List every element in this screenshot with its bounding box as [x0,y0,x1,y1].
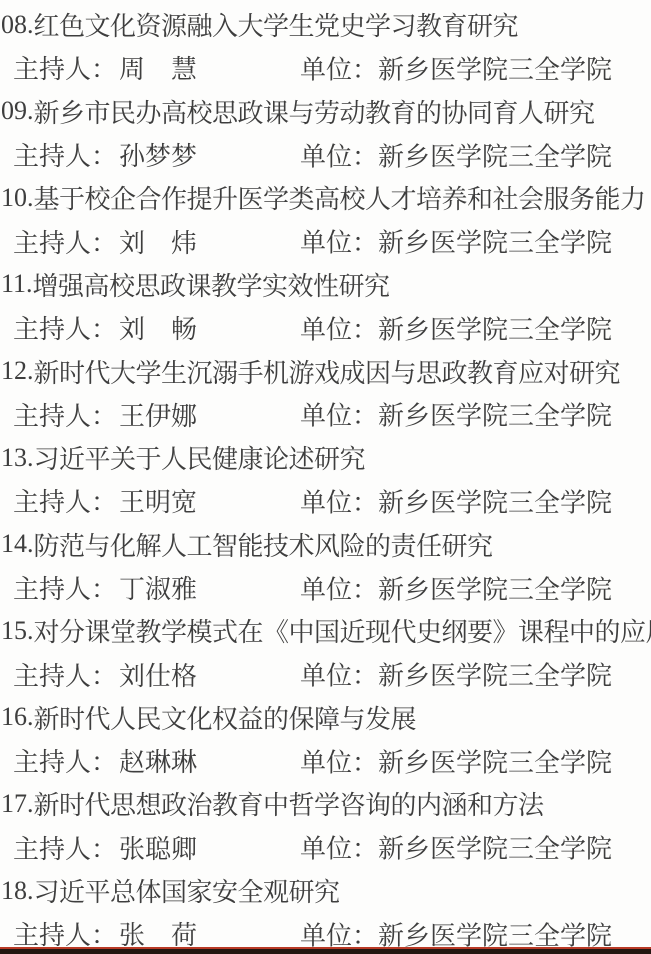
project-meta-line: 主持人：赵琳琳单位：新乡医学院三全学院 [0,739,651,782]
project-item: 08.红色文化资源融入大学生党史学习教育研究 主持人：周 慧单位：新乡医学院三全… [0,3,651,90]
project-meta-line: 主持人：刘 炜单位：新乡医学院三全学院 [0,219,651,262]
project-title-line: 12.新时代大学生沉溺手机游戏成因与思政教育应对研究 [0,349,651,392]
project-title-line: 14.防范与化解人工智能技术风险的责任研究 [0,523,651,566]
unit-name: 新乡医学院三全学院 [378,402,612,431]
project-meta-line: 主持人：孙梦梦单位：新乡医学院三全学院 [0,133,651,176]
project-number: 15. [1,616,34,646]
document-page: 08.红色文化资源融入大学生党史学习教育研究 主持人：周 慧单位：新乡医学院三全… [0,0,651,954]
unit-name: 新乡医学院三全学院 [378,662,612,691]
unit-name: 新乡医学院三全学院 [378,229,612,258]
project-item: 16.新时代人民文化权益的保障与发展 主持人：赵琳琳单位：新乡医学院三全学院 [0,696,651,783]
unit-label: 单位： [300,315,378,344]
project-title-line: 15.对分课堂教学模式在《中国近现代史纲要》课程中的应用 [0,609,651,652]
unit-group: 单位：新乡医学院三全学院 [300,829,612,866]
unit-label: 单位： [300,575,378,604]
unit-label: 单位： [300,835,378,864]
unit-label: 单位： [300,748,378,777]
project-title-line: 09.新乡市民办高校思政课与劳动教育的协同育人研究 [0,90,651,133]
bottom-edge-bar [0,949,651,954]
project-title: 新时代思想政治教育中哲学咨询的内涵和方法 [34,785,544,822]
unit-name: 新乡医学院三全学院 [378,55,612,84]
project-item: 14.防范与化解人工智能技术风险的责任研究 主持人：丁淑雅单位：新乡医学院三全学… [0,523,651,610]
host-name: 周 慧 [119,49,197,86]
project-meta-line: 主持人：丁淑雅单位：新乡医学院三全学院 [0,566,651,609]
project-meta-line: 主持人：王明宽单位：新乡医学院三全学院 [0,479,651,522]
project-number: 11. [1,269,33,299]
project-item: 15.对分课堂教学模式在《中国近现代史纲要》课程中的应用 主持人：刘仕格单位：新… [0,609,651,696]
project-title-line: 18.习近平总体国家安全观研究 [0,869,651,912]
unit-name: 新乡医学院三全学院 [378,488,612,517]
project-item: 12.新时代大学生沉溺手机游戏成因与思政教育应对研究 主持人：王伊娜单位：新乡医… [0,349,651,436]
project-meta-line: 主持人：刘 畅单位：新乡医学院三全学院 [0,306,651,349]
project-meta-line: 主持人：张聪卿单位：新乡医学院三全学院 [0,826,651,869]
project-title: 对分课堂教学模式在《中国近现代史纲要》课程中的应用 [34,612,651,649]
project-item: 11.增强高校思政课教学实效性研究 主持人：刘 畅单位：新乡医学院三全学院 [0,263,651,350]
project-meta-line: 主持人：周 慧单位：新乡医学院三全学院 [0,46,651,89]
host-label: 主持人： [13,742,117,779]
project-item: 09.新乡市民办高校思政课与劳动教育的协同育人研究 主持人：孙梦梦单位：新乡医学… [0,90,651,177]
unit-label: 单位： [300,142,378,171]
unit-label: 单位： [300,488,378,517]
host-label: 主持人： [13,136,117,173]
unit-group: 单位：新乡医学院三全学院 [300,136,612,173]
unit-group: 单位：新乡医学院三全学院 [300,569,612,606]
project-number: 16. [1,702,34,732]
project-number: 09. [1,96,34,126]
host-name: 刘 畅 [119,309,197,346]
unit-group: 单位：新乡医学院三全学院 [300,223,612,260]
project-title: 习近平总体国家安全观研究 [34,872,340,909]
project-number: 13. [1,443,34,473]
project-meta-line: 主持人：刘仕格单位：新乡医学院三全学院 [0,652,651,695]
host-label: 主持人： [13,309,117,346]
project-item: 10.基于校企合作提升医学类高校人才培养和社会服务能力 主持人：刘 炜单位：新乡… [0,176,651,263]
unit-name: 新乡医学院三全学院 [378,835,612,864]
project-list: 08.红色文化资源融入大学生党史学习教育研究 主持人：周 慧单位：新乡医学院三全… [0,0,651,954]
host-name: 刘仕格 [119,656,197,693]
project-title-line: 17.新时代思想政治教育中哲学咨询的内涵和方法 [0,782,651,825]
host-label: 主持人： [13,223,117,260]
project-title: 防范与化解人工智能技术风险的责任研究 [34,526,493,563]
project-title-line: 13.习近平关于人民健康论述研究 [0,436,651,479]
unit-group: 单位：新乡医学院三全学院 [300,396,612,433]
project-title-line: 16.新时代人民文化权益的保障与发展 [0,696,651,739]
host-name: 刘 炜 [119,223,197,260]
project-title: 基于校企合作提升医学类高校人才培养和社会服务能力 [34,179,646,216]
project-title-line: 08.红色文化资源融入大学生党史学习教育研究 [0,3,651,46]
project-item: 17.新时代思想政治教育中哲学咨询的内涵和方法 主持人：张聪卿单位：新乡医学院三… [0,782,651,869]
host-name: 王伊娜 [119,396,197,433]
host-label: 主持人： [13,396,117,433]
unit-label: 单位： [300,662,378,691]
host-name: 赵琳琳 [119,742,197,779]
project-title-line: 10.基于校企合作提升医学类高校人才培养和社会服务能力 [0,176,651,219]
unit-group: 单位：新乡医学院三全学院 [300,309,612,346]
project-number: 08. [1,10,34,40]
host-label: 主持人： [13,482,117,519]
host-name: 王明宽 [119,482,197,519]
host-label: 主持人： [13,569,117,606]
project-title: 新乡市民办高校思政课与劳动教育的协同育人研究 [34,93,595,130]
host-name: 丁淑雅 [119,569,197,606]
host-label: 主持人： [13,49,117,86]
project-number: 10. [1,183,34,213]
host-label: 主持人： [13,656,117,693]
unit-group: 单位：新乡医学院三全学院 [300,656,612,693]
project-meta-line: 主持人：王伊娜单位：新乡医学院三全学院 [0,393,651,436]
project-title: 红色文化资源融入大学生党史学习教育研究 [34,6,519,43]
project-number: 14. [1,529,34,559]
project-item: 18.习近平总体国家安全观研究 主持人：张 荷单位：新乡医学院三全学院 [0,869,651,954]
project-title: 新时代人民文化权益的保障与发展 [34,699,417,736]
project-title-line: 11.增强高校思政课教学实效性研究 [0,263,651,306]
unit-name: 新乡医学院三全学院 [378,142,612,171]
host-name: 孙梦梦 [119,136,197,173]
unit-name: 新乡医学院三全学院 [378,575,612,604]
unit-group: 单位：新乡医学院三全学院 [300,49,612,86]
unit-label: 单位： [300,55,378,84]
unit-label: 单位： [300,229,378,258]
project-number: 12. [1,356,34,386]
project-title: 新时代大学生沉溺手机游戏成因与思政教育应对研究 [34,353,621,390]
project-number: 18. [1,876,34,906]
unit-name: 新乡医学院三全学院 [378,315,612,344]
host-label: 主持人： [13,829,117,866]
project-number: 17. [1,789,34,819]
unit-label: 单位： [300,402,378,431]
project-title: 习近平关于人民健康论述研究 [34,439,366,476]
host-name: 张聪卿 [119,829,197,866]
project-title: 增强高校思政课教学实效性研究 [33,266,390,303]
project-item: 13.习近平关于人民健康论述研究 主持人：王明宽单位：新乡医学院三全学院 [0,436,651,523]
unit-name: 新乡医学院三全学院 [378,748,612,777]
unit-group: 单位：新乡医学院三全学院 [300,742,612,779]
unit-group: 单位：新乡医学院三全学院 [300,482,612,519]
